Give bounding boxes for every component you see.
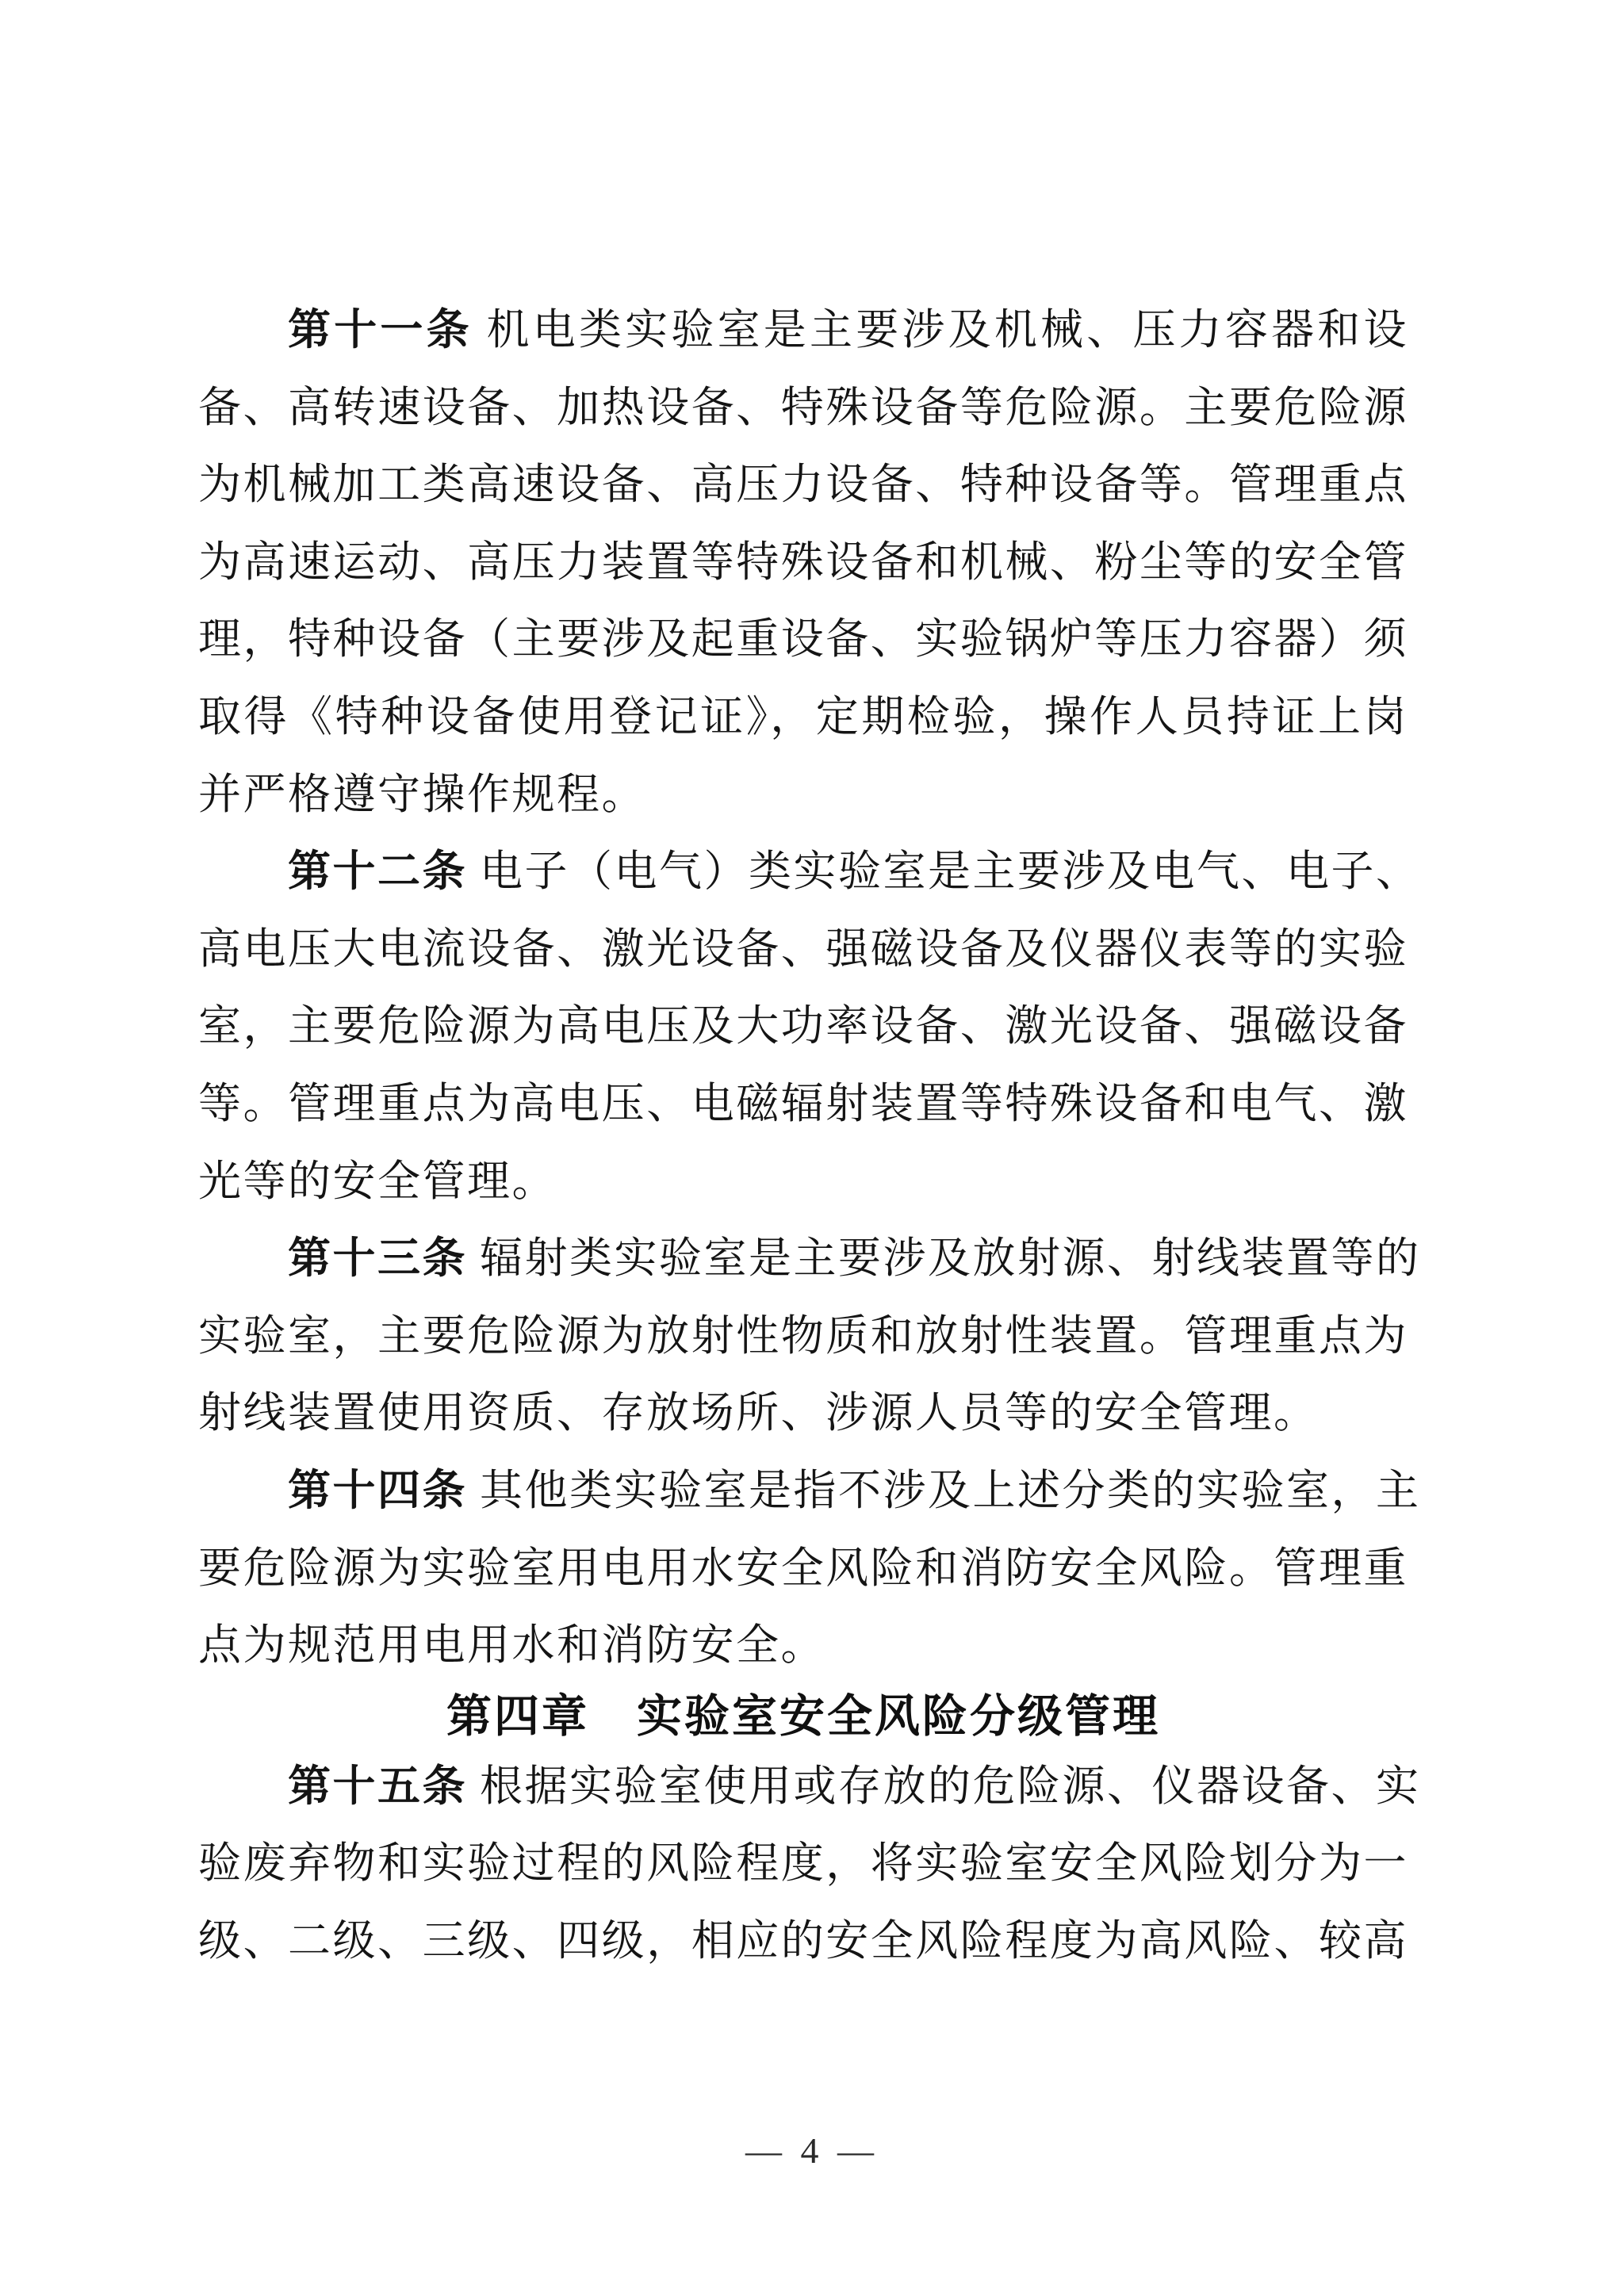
text-column: 第十一条 机电类实验室是主要涉及机械、压力容器和设 备、高转速设备、加热设备、特… — [198, 292, 1408, 1980]
line-text: 根据实验室使用或存放的危险源、仪器设备、实 — [467, 1762, 1421, 1810]
paragraph-line: 并严格遵守操作规程。 — [198, 756, 1408, 834]
paragraph-line: 光等的安全管理。 — [198, 1143, 1408, 1221]
line-text: 备、高转速设备、加热设备、特殊设备等危险源。主要危险源 — [198, 384, 1408, 431]
line-text: 取得《特种设备使用登记证》，定期检验，操作人员持证上岗 — [198, 693, 1408, 740]
line-text: 要危险源为实验室用电用水安全风险和消防安全风险。管理重 — [198, 1544, 1408, 1592]
paragraph-line: 要危险源为实验室用电用水安全风险和消防安全风险。管理重 — [198, 1530, 1408, 1608]
article-number: 第十三条 — [288, 1234, 467, 1282]
paragraph-line: 点为规范用电用水和消防安全。 — [198, 1607, 1408, 1685]
line-text: 室，主要危险源为高电压及大功率设备、激光设备、强磁设备 — [198, 1002, 1408, 1050]
paragraph-line: 射线装置使用资质、存放场所、涉源人员等的安全管理。 — [198, 1375, 1408, 1452]
document-page: 第十一条 机电类实验室是主要涉及机械、压力容器和设 备、高转速设备、加热设备、特… — [0, 0, 1624, 2296]
paragraph-line: 第十二条 电子（电气）类实验室是主要涉及电气、电子、 — [198, 833, 1408, 911]
paragraph-line: 实验室，主要危险源为放射性物质和放射性装置。管理重点为 — [198, 1298, 1408, 1376]
article-number: 第十五条 — [288, 1762, 467, 1810]
paragraph-line: 第十一条 机电类实验室是主要涉及机械、压力容器和设 — [198, 292, 1408, 369]
paragraph-line: 为机械加工类高速设备、高压力设备、特种设备等。管理重点 — [198, 446, 1408, 524]
article-number: 第十二条 — [288, 848, 467, 895]
line-text: 级、二级、三级、四级，相应的安全风险程度为高风险、较高 — [198, 1917, 1408, 1965]
line-text: 点为规范用电用水和消防安全。 — [198, 1621, 825, 1669]
line-text: 理，特种设备（主要涉及起重设备、实验锅炉等压力容器）须 — [198, 615, 1408, 663]
paragraph-line: 验废弃物和实验过程的风险程度，将实验室安全风险划分为一 — [198, 1825, 1408, 1903]
line-text: 射线装置使用资质、存放场所、涉源人员等的安全管理。 — [198, 1389, 1319, 1437]
line-text: 其他类实验室是指不涉及上述分类的实验室，主 — [467, 1467, 1421, 1514]
line-text: 高电压大电流设备、激光设备、强磁设备及仪器仪表等的实验 — [198, 925, 1408, 973]
line-text: 机电类实验室是主要涉及机械、压力容器和设 — [473, 306, 1408, 354]
line-text: 验废弃物和实验过程的风险程度，将实验室安全风险划分为一 — [198, 1839, 1408, 1887]
line-text: 实验室，主要危险源为放射性物质和放射性装置。管理重点为 — [198, 1312, 1408, 1360]
paragraph-line: 第十三条 辐射类实验室是主要涉及放射源、射线装置等的 — [198, 1220, 1408, 1298]
line-text: 等。管理重点为高电压、电磁辐射装置等特殊设备和电气、激 — [198, 1080, 1408, 1127]
line-text: 辐射类实验室是主要涉及放射源、射线装置等的 — [467, 1234, 1421, 1282]
paragraph-line: 为高速运动、高压力装置等特殊设备和机械、粉尘等的安全管 — [198, 524, 1408, 602]
paragraph-line: 第十四条 其他类实验室是指不涉及上述分类的实验室，主 — [198, 1452, 1408, 1530]
line-text: 电子（电气）类实验室是主要涉及电气、电子、 — [467, 848, 1421, 895]
paragraph-line: 高电压大电流设备、激光设备、强磁设备及仪器仪表等的实验 — [198, 911, 1408, 989]
paragraph-line: 等。管理重点为高电压、电磁辐射装置等特殊设备和电气、激 — [198, 1066, 1408, 1143]
paragraph-line: 第十五条 根据实验室使用或存放的危险源、仪器设备、实 — [198, 1748, 1408, 1826]
paragraph-line: 备、高转速设备、加热设备、特殊设备等危险源。主要危险源 — [198, 369, 1408, 447]
line-text: 为高速运动、高压力装置等特殊设备和机械、粉尘等的安全管 — [198, 538, 1408, 586]
article-number: 第十一条 — [288, 306, 473, 354]
paragraph-line: 级、二级、三级、四级，相应的安全风险程度为高风险、较高 — [198, 1903, 1408, 1980]
line-text: 并严格遵守操作规程。 — [198, 771, 646, 818]
paragraph-line: 取得《特种设备使用登记证》，定期检验，操作人员持证上岗 — [198, 679, 1408, 756]
chapter-heading: 第四章 实验室安全风险分级管理 — [198, 1685, 1408, 1748]
article-number: 第十四条 — [288, 1467, 467, 1514]
page-number: — 4 — — [0, 2130, 1624, 2172]
paragraph-line: 室，主要危险源为高电压及大功率设备、激光设备、强磁设备 — [198, 988, 1408, 1066]
line-text: 为机械加工类高速设备、高压力设备、特种设备等。管理重点 — [198, 461, 1408, 508]
paragraph-line: 理，特种设备（主要涉及起重设备、实验锅炉等压力容器）须 — [198, 601, 1408, 679]
line-text: 光等的安全管理。 — [198, 1158, 557, 1205]
